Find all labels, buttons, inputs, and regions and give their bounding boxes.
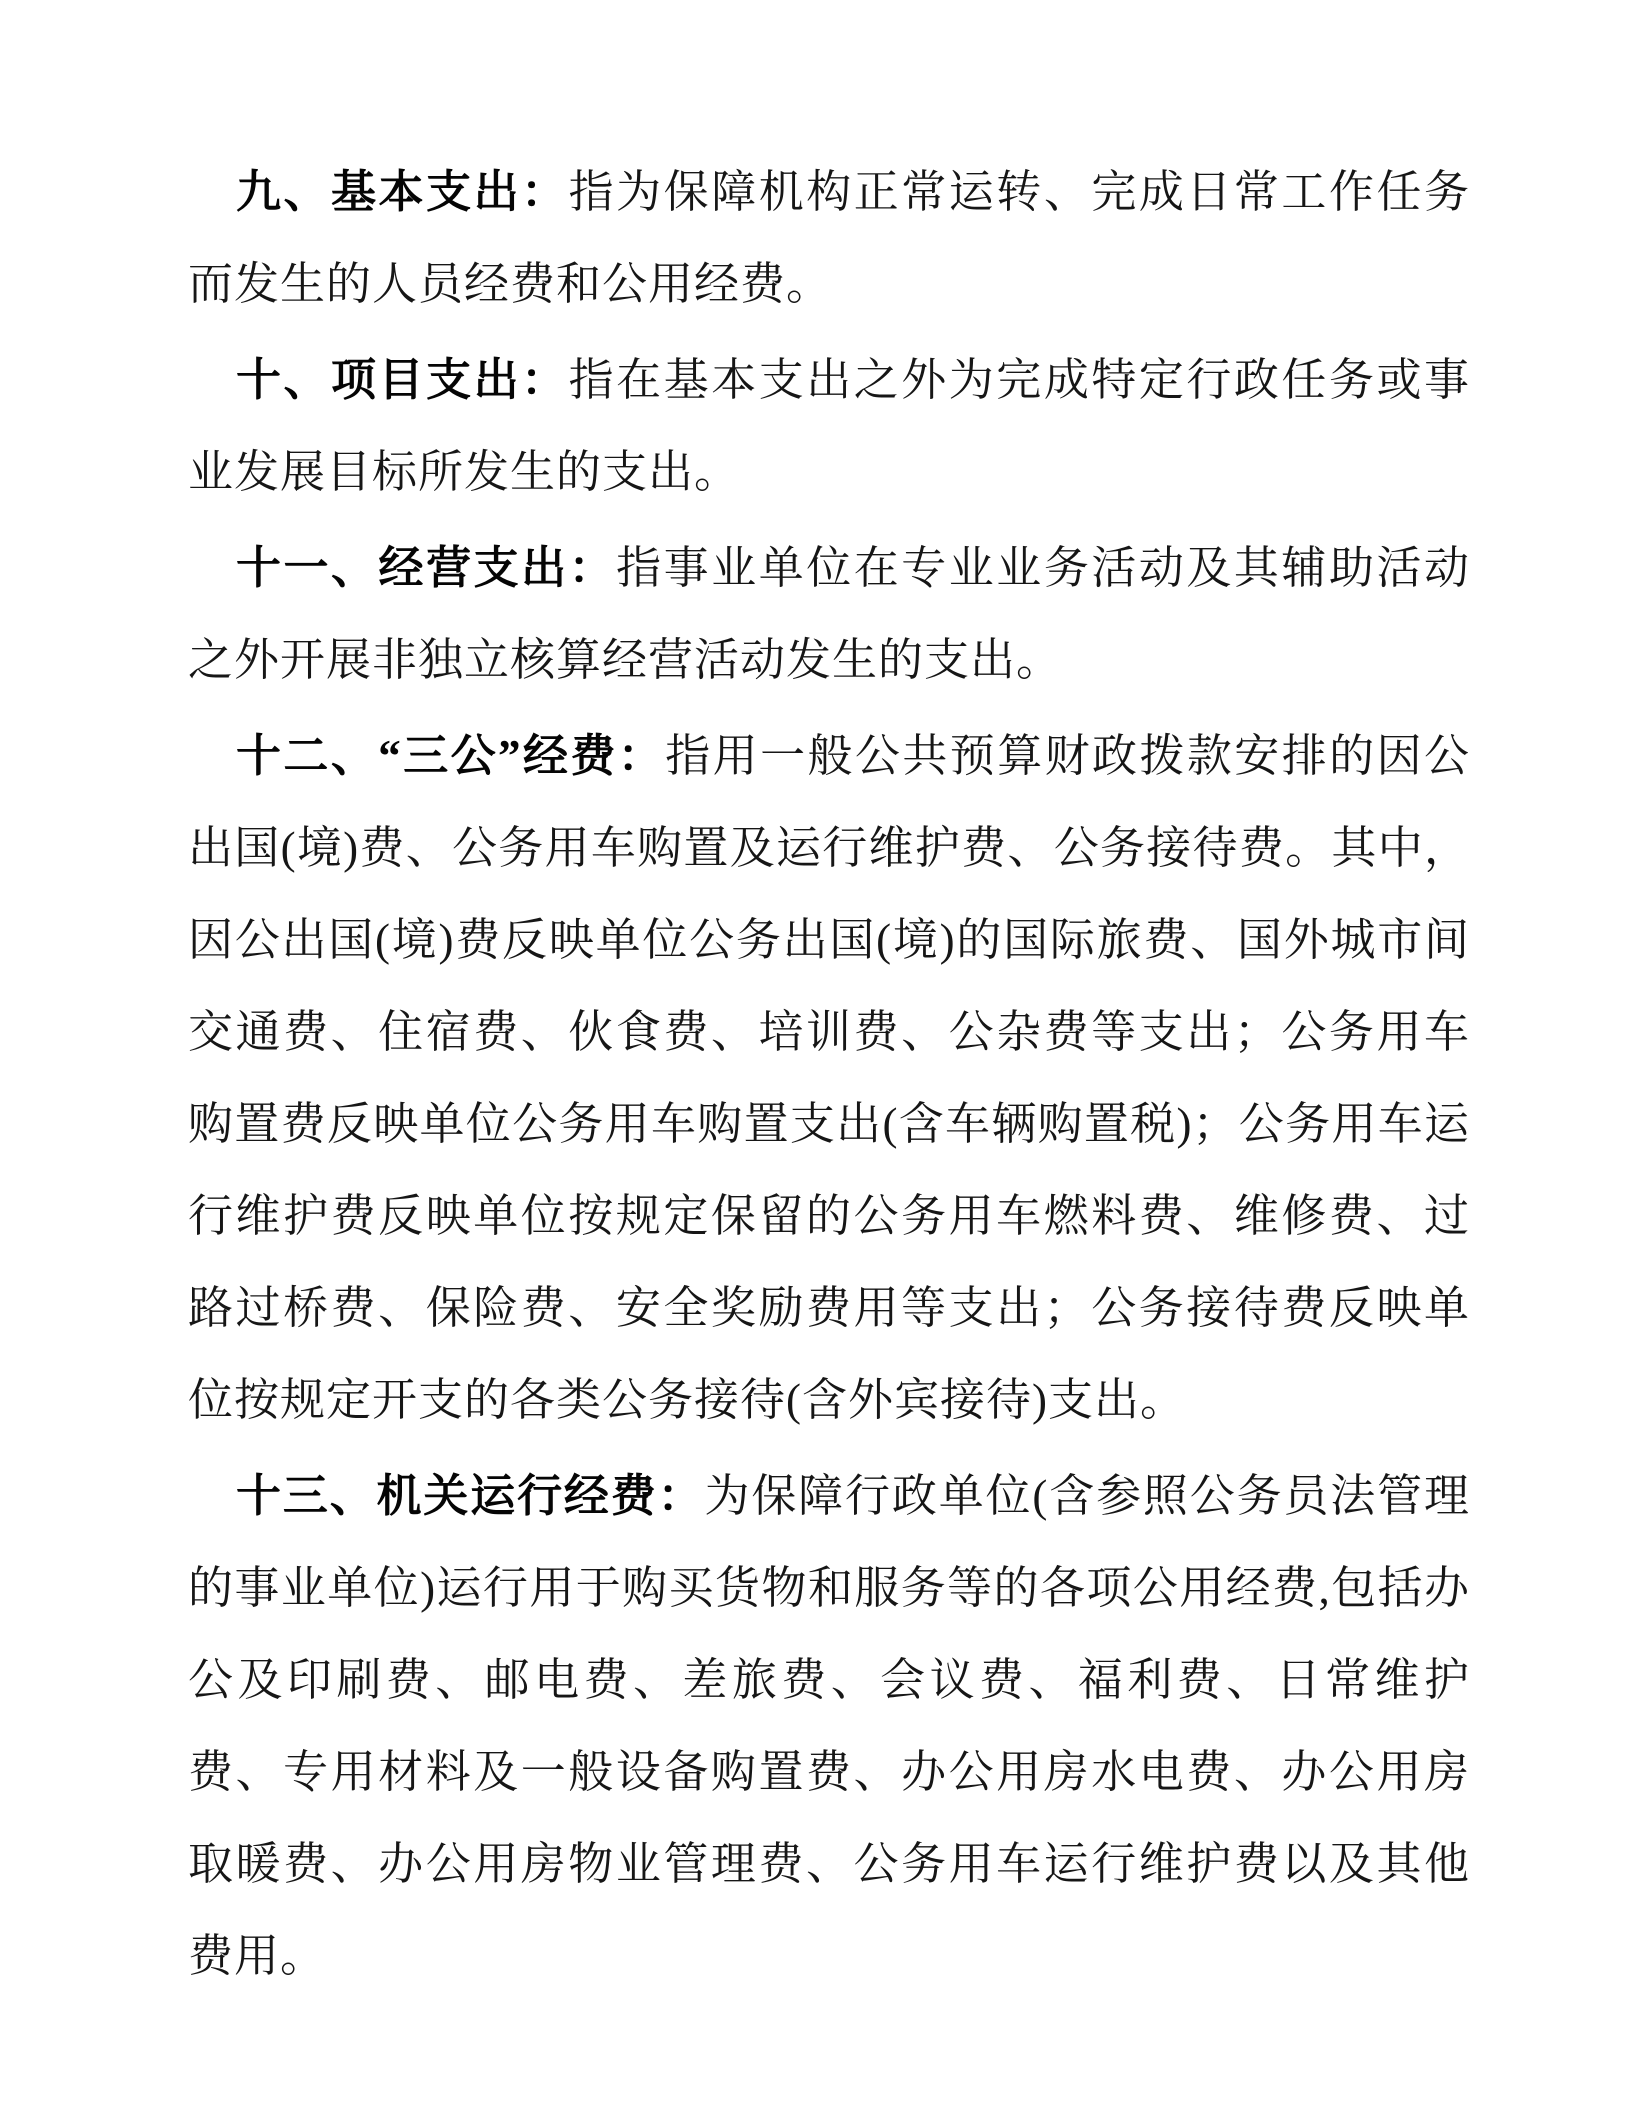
paragraph-three-public-funds: 十二、“三公”经费：指用一般公共预算财政拨款安排的因公出国(境)费、公务用车购置… <box>188 710 1470 1446</box>
paragraph-operating-expenditure-heading: 十一、经营支出： <box>236 543 616 593</box>
paragraph-three-public-funds-body: 指用一般公共预算财政拨款安排的因公出国(境)费、公务用车购置及运行维护费、公务接… <box>188 731 1470 1425</box>
paragraph-project-expenditure: 十、项目支出：指在基本支出之外为完成特定行政任务或事业发展目标所发生的支出。 <box>188 334 1470 518</box>
paragraph-basic-expenditure: 九、基本支出：指为保障机构正常运转、完成日常工作任务而发生的人员经费和公用经费。 <box>188 146 1470 330</box>
paragraph-agency-operating-funds-body: 为保障行政单位(含参照公务员法管理的事业单位)运行用于购买货物和服务等的各项公用… <box>188 1471 1470 1981</box>
document-page: 九、基本支出：指为保障机构正常运转、完成日常工作任务而发生的人员经费和公用经费。… <box>0 0 1632 2112</box>
paragraph-project-expenditure-heading: 十、项目支出： <box>236 355 569 405</box>
paragraph-operating-expenditure: 十一、经营支出：指事业单位在专业业务活动及其辅助活动之外开展非独立核算经营活动发… <box>188 522 1470 706</box>
paragraph-three-public-funds-heading: 十二、“三公”经费： <box>236 731 665 781</box>
document-body: 九、基本支出：指为保障机构正常运转、完成日常工作任务而发生的人员经费和公用经费。… <box>188 146 1470 2002</box>
paragraph-agency-operating-funds-heading: 十三、机关运行经费： <box>236 1471 704 1521</box>
paragraph-agency-operating-funds: 十三、机关运行经费：为保障行政单位(含参照公务员法管理的事业单位)运行用于购买货… <box>188 1450 1470 2002</box>
paragraph-basic-expenditure-heading: 九、基本支出： <box>236 167 569 217</box>
